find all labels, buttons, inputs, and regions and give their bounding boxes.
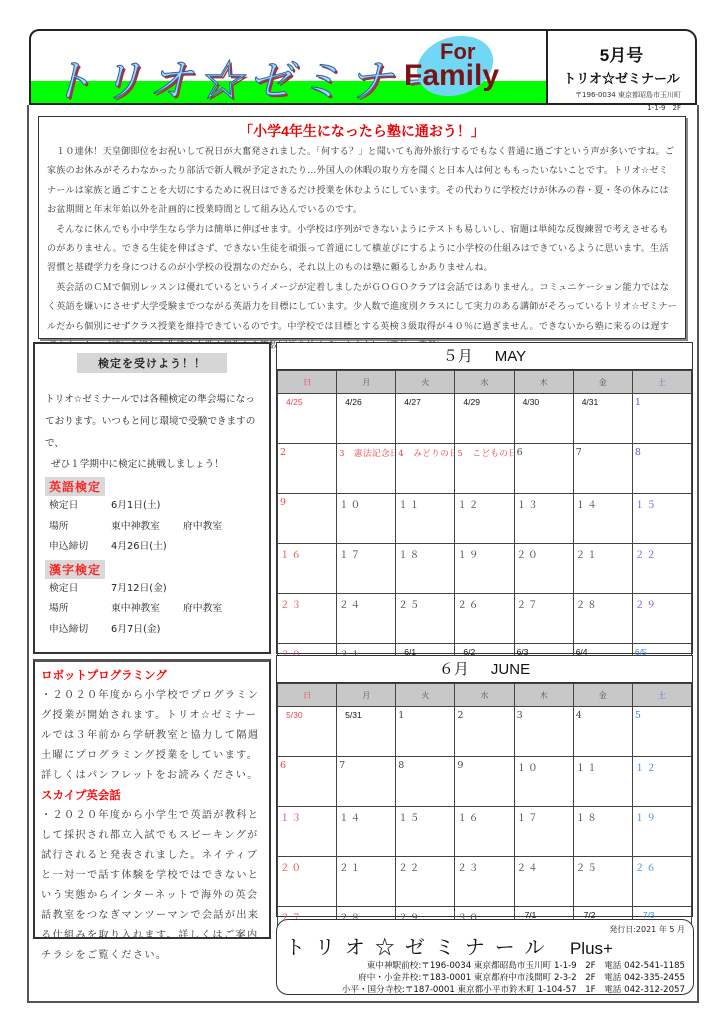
exam-row-value: 6月7日(金) — [111, 620, 183, 641]
calendar-week: 4/25 4/26 4/27 4/29 4/30 4/31 1 — [278, 394, 692, 444]
calendar-day: ２２ — [632, 544, 691, 594]
exam-row: 検定日 6月1日(土) — [45, 496, 259, 517]
calendar-day: 9 — [278, 494, 337, 544]
calendar-day: 7 — [337, 757, 396, 807]
masthead-title: トリオ☆ゼミナー — [49, 45, 449, 105]
calendar-day: 1 — [396, 707, 455, 757]
calendar-day: ２９ — [632, 594, 691, 644]
footer-org-name: トリオ☆ゼミナール Plus+ — [285, 931, 685, 960]
weekday-header: 土 — [632, 684, 691, 707]
exam-row: 申込締切 4月26日(土) — [45, 537, 259, 558]
calendar-day: ２０ — [278, 857, 337, 907]
calendar-week: 2 3 憲法記念日 4 みどりの日 5 こどもの日 6 7 8 — [278, 444, 692, 494]
issue-info-box: 5月号 トリオ☆ゼミナール 〒196-0034 東京都昭島市玉川町 1-1-9 … — [546, 29, 697, 105]
calendar-day: １４ — [337, 807, 396, 857]
calendar-day-holiday: 5 こどもの日 — [455, 444, 514, 494]
calendar-day: ２４ — [514, 857, 573, 907]
calendar-week: １３ １４ １５ １６ １７ １８ １９ — [278, 807, 692, 857]
calendar-title: ５月MAY — [277, 343, 692, 370]
calendar-may: ５月MAY 日 月 火 水 木 金 土 4/25 4/26 4/27 4/29 … — [276, 342, 693, 654]
exam-row-value: 4月26日(土) — [111, 537, 183, 558]
calendar-day: １２ — [632, 757, 691, 807]
calendar-day: 7 — [573, 444, 632, 494]
exam-row: 場所 東中神教室 府中教室 — [45, 517, 259, 538]
calendar-week: ２３ ２４ ２５ ２６ ２７ ２８ ２９ — [278, 594, 692, 644]
exam-row-value: 6月1日(土) — [111, 496, 183, 517]
calendar-day: ２４ — [337, 594, 396, 644]
programs-box: ロボットプログラミング ・２０２０年度から小学校でプログラミング授業が開始されま… — [33, 659, 271, 939]
kentei-box: 検定を受けよう！！ トリオ☆ゼミナールでは各種検定の準会場になっております。いつ… — [33, 342, 271, 654]
calendar-day: １４ — [573, 494, 632, 544]
calendar-title-ja: ６月 — [439, 660, 469, 678]
calendar-day: １０ — [514, 757, 573, 807]
exam-row-label: 検定日 — [49, 496, 111, 517]
exam-row-value2: 府中教室 — [183, 599, 222, 620]
exam-row: 検定日 7月12日(金) — [45, 579, 259, 600]
calendar-grid: 日 月 火 水 木 金 土 4/25 4/26 4/27 4/29 4/30 4… — [277, 370, 692, 694]
calendar-day: １３ — [278, 807, 337, 857]
calendar-day: １９ — [455, 544, 514, 594]
footer-org-name-text: トリオ☆ゼミナール — [285, 937, 554, 959]
calendar-day: 6 — [278, 757, 337, 807]
weekday-header: 木 — [514, 684, 573, 707]
calendar-title: ６月JUNE — [277, 656, 692, 683]
calendar-week: 9 １０ １１ １２ １３ １４ １５ — [278, 494, 692, 544]
exam-row-label: 場所 — [49, 599, 111, 620]
calendar-week: ２０ ２１ ２２ ２３ ２４ ２５ ２６ — [278, 857, 692, 907]
issue-label: 5月号 — [548, 41, 695, 66]
calendar-day: １１ — [573, 757, 632, 807]
exam-row-value2: 府中教室 — [183, 517, 222, 538]
weekday-header: 月 — [337, 684, 396, 707]
calendar-day: ２６ — [632, 857, 691, 907]
calendar-day: ２１ — [573, 544, 632, 594]
calendar-day: 4/26 — [337, 394, 396, 444]
branch-line-fuchu: 府中・小金井校:〒183-0001 東京都府中市浅間町 2-3-2 2F 電話 … — [285, 972, 685, 984]
promo-text: ・２０２０年度から小学生で英語が教科として採択され都立入試でもスピーキングが試行… — [41, 806, 263, 966]
calendar-week: 6 7 8 9 １０ １１ １２ — [278, 757, 692, 807]
for-family-badge: For Family — [406, 37, 496, 97]
weekday-header: 火 — [396, 684, 455, 707]
calendar-day: １６ — [455, 807, 514, 857]
exam-row-label: 申込締切 — [49, 537, 111, 558]
calendar-day-holiday: 3 憲法記念日 — [337, 444, 396, 494]
calendar-day: １７ — [514, 807, 573, 857]
exam-row-value: 7月12日(金) — [111, 579, 183, 600]
kentei-title: 検定を受けよう！！ — [77, 353, 227, 373]
exam-row-label: 検定日 — [49, 579, 111, 600]
calendar-day: ２５ — [396, 594, 455, 644]
calendar-week: 5/30 5/31 1 2 3 4 5 — [278, 707, 692, 757]
promo-text: ・２０２０年度から小学校でプログラミング授業が開始されます。トリオ☆ゼミナールで… — [41, 686, 263, 786]
calendar-day: 8 — [396, 757, 455, 807]
calendar-day: 4/27 — [396, 394, 455, 444]
calendar-day: 6 — [514, 444, 573, 494]
calendar-day: ２５ — [573, 857, 632, 907]
weekday-header: 金 — [573, 371, 632, 394]
issue-org-name: トリオ☆ゼミナール — [548, 68, 695, 87]
article-paragraph: そんなに休んでも小中学生なら学力は簡単に伸ばせます。小学校は序列ができないように… — [47, 221, 677, 279]
exam-heading-english: 英語検定 — [45, 477, 105, 496]
branch-line-higashinakagami: 東中神駅前校:〒196-0034 東京都昭島市玉川町 1-1-9 2F 電話 0… — [285, 960, 685, 972]
calendar-day: １８ — [573, 807, 632, 857]
article-box: 「小学4年生になったら塾に通おう！」 １０連休！天皇御即位をお祝いして祝日が大奮… — [38, 116, 686, 339]
calendar-day: 5/31 — [337, 707, 396, 757]
calendar-title-en: MAY — [495, 348, 526, 365]
exam-row-label: 場所 — [49, 517, 111, 538]
weekday-header: 水 — [455, 371, 514, 394]
calendar-day: 8 — [632, 444, 691, 494]
calendar-day: 4/25 — [278, 394, 337, 444]
calendar-day: １２ — [455, 494, 514, 544]
calendar-day: １０ — [337, 494, 396, 544]
calendar-grid: 日 月 火 水 木 金 土 5/30 5/31 1 2 3 4 5 6 7 8 … — [277, 683, 692, 957]
footer-org-suffix: Plus+ — [570, 939, 613, 958]
calendar-title-en: JUNE — [491, 661, 530, 678]
calendar-day: ２１ — [337, 857, 396, 907]
exam-row: 申込締切 6月7日(金) — [45, 620, 259, 641]
calendar-day: 4/29 — [455, 394, 514, 444]
calendar-day: 5 — [632, 707, 691, 757]
calendar-day: 1 — [632, 394, 691, 444]
article-paragraph: １０連休！天皇御即位をお祝いして祝日が大奮発されました。「何する？」と聞いても海… — [47, 143, 677, 221]
badge-family-text: Family — [404, 59, 499, 93]
exam-row-value: 東中神教室 — [111, 599, 183, 620]
calendar-week: １６ １７ １８ １９ ２０ ２１ ２２ — [278, 544, 692, 594]
calendar-day: ２８ — [573, 594, 632, 644]
weekday-header-row: 日 月 火 水 木 金 土 — [278, 371, 692, 394]
weekday-header: 火 — [396, 371, 455, 394]
weekday-header: 月 — [337, 371, 396, 394]
calendar-day: ２０ — [514, 544, 573, 594]
weekday-header: 水 — [455, 684, 514, 707]
weekday-header: 金 — [573, 684, 632, 707]
calendar-day: １８ — [396, 544, 455, 594]
kentei-intro-call: ぜひ１学期中に検定に挑戦しましょう！ — [45, 455, 259, 475]
exam-row-value: 東中神教室 — [111, 517, 183, 538]
calendar-day: １９ — [632, 807, 691, 857]
promo-heading-skype-english: スカイプ英会話 — [41, 786, 263, 806]
calendar-day: １１ — [396, 494, 455, 544]
calendar-day: 3 — [514, 707, 573, 757]
calendar-day: 4/30 — [514, 394, 573, 444]
calendar-day: １７ — [337, 544, 396, 594]
article-title: 「小学4年生になったら塾に通おう！」 — [47, 121, 677, 141]
calendar-day: 5/30 — [278, 707, 337, 757]
calendar-day: １５ — [632, 494, 691, 544]
exam-row-label: 申込締切 — [49, 620, 111, 641]
exam-heading-kanji: 漢字検定 — [45, 560, 105, 579]
exam-row: 場所 東中神教室 府中教室 — [45, 599, 259, 620]
calendar-day: ２７ — [514, 594, 573, 644]
calendar-day: 4/31 — [573, 394, 632, 444]
calendar-day: ２２ — [396, 857, 455, 907]
weekday-header: 日 — [278, 371, 337, 394]
calendar-day: 9 — [455, 757, 514, 807]
calendar-day: 2 — [278, 444, 337, 494]
issue-address-line1: 〒196-0034 東京都昭島市玉川町 — [548, 90, 695, 100]
weekday-header-row: 日 月 火 水 木 金 土 — [278, 684, 692, 707]
weekday-header: 土 — [632, 371, 691, 394]
calendar-day: 4 — [573, 707, 632, 757]
masthead-banner: トリオ☆ゼミナー For Family — [29, 29, 546, 105]
weekday-header: 日 — [278, 684, 337, 707]
calendar-day: 2 — [455, 707, 514, 757]
calendar-day: ２３ — [455, 857, 514, 907]
promo-heading-robot-programming: ロボットプログラミング — [41, 666, 263, 686]
calendar-june: ６月JUNE 日 月 火 水 木 金 土 5/30 5/31 1 2 3 4 5… — [276, 655, 693, 917]
calendar-day: ２６ — [455, 594, 514, 644]
branch-line-kodaira: 小平・国分寺校:〒187-0001 東京都小平市鈴木町 1-104-57 1F … — [285, 984, 685, 996]
calendar-day: １６ — [278, 544, 337, 594]
calendar-day-holiday: 4 みどりの日 — [396, 444, 455, 494]
calendar-day: １５ — [396, 807, 455, 857]
calendar-day: １３ — [514, 494, 573, 544]
kentei-intro: トリオ☆ゼミナールでは各種検定の準会場になっております。いつもと同じ環境で受験で… — [45, 389, 259, 455]
calendar-day: ２３ — [278, 594, 337, 644]
weekday-header: 木 — [514, 371, 573, 394]
calendar-title-ja: ５月 — [443, 347, 473, 365]
footer-contact-box: 発行日:2021 年 5 月 トリオ☆ゼミナール Plus+ 東中神駅前校:〒1… — [276, 919, 694, 995]
